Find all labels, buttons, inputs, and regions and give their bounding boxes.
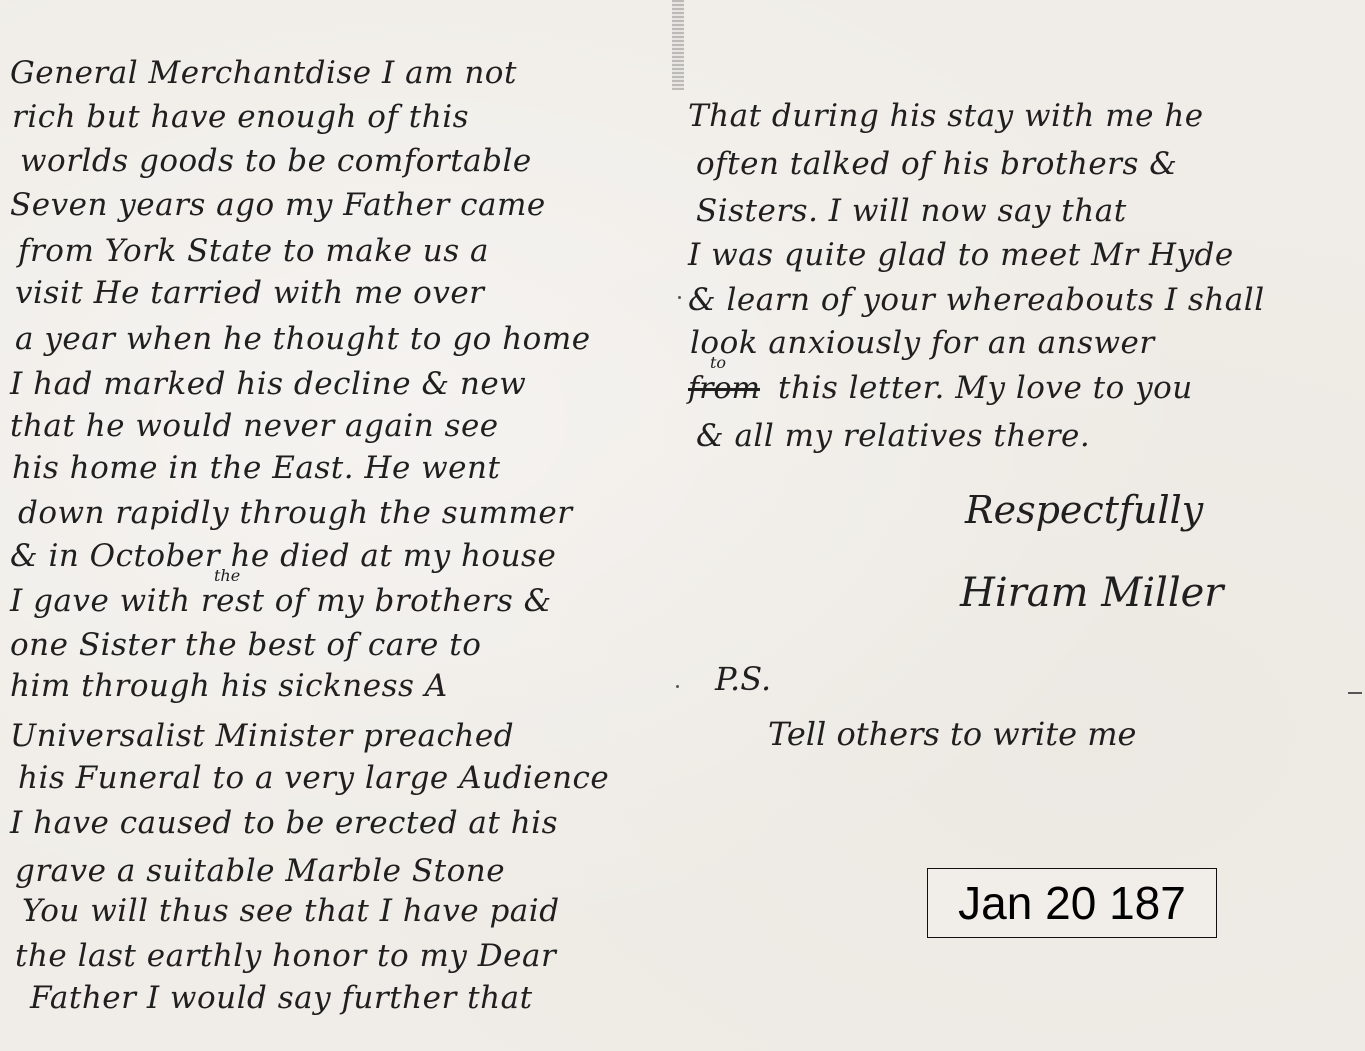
date-label: Jan 20 187 xyxy=(958,880,1186,926)
postscript-label: P.S. xyxy=(715,660,771,698)
letter-line: look anxiously for an answer xyxy=(690,325,1155,361)
letter-line: one Sister the best of care to xyxy=(10,627,481,663)
letter-line: worlds goods to be comfortable xyxy=(20,143,532,179)
ink-speck xyxy=(676,685,679,688)
letter-line: General Merchantdise I am not xyxy=(10,55,517,91)
letter-line: him through his sickness A xyxy=(10,668,448,704)
letter-line: & in October he died at my house xyxy=(10,538,556,574)
letter-line: visit He tarried with me over xyxy=(15,275,485,311)
postscript-text: Tell others to write me xyxy=(768,715,1136,753)
letter-line: You will thus see that I have paid xyxy=(22,893,560,929)
letter-line: this letter. My love to you xyxy=(778,370,1193,406)
struck-out-word: from xyxy=(688,371,760,406)
letter-line: rich but have enough of this xyxy=(12,99,469,135)
signature: Hiram Miller xyxy=(960,570,1223,616)
letter-line: Universalist Minister preached xyxy=(10,718,514,754)
letter-line: down rapidly through the summer xyxy=(18,495,573,531)
insertion-above-line: to xyxy=(710,353,726,372)
closing-salutation: Respectfully xyxy=(965,488,1203,532)
letter-line: & learn of your whereabouts I shall xyxy=(688,282,1265,318)
letter-line: from York State to make us a xyxy=(18,233,489,269)
letter-line: I have caused to be erected at his xyxy=(10,805,558,841)
letter-line: & all my relatives there. xyxy=(696,418,1090,454)
letter-line: his home in the East. He went xyxy=(12,450,500,486)
letter-line: the last earthly honor to my Dear xyxy=(15,938,556,974)
letter-line: his Funeral to a very large Audience xyxy=(18,760,609,796)
letter-line: I gave with rest of my brothers & xyxy=(10,583,552,619)
letter-page: General Merchantdise I am not rich but h… xyxy=(0,0,1365,1051)
letter-line: I had marked his decline & new xyxy=(10,366,526,402)
ink-speck xyxy=(1348,692,1362,694)
letter-line: that he would never again see xyxy=(10,408,499,444)
letter-line: That during his stay with me he xyxy=(688,98,1204,134)
letter-line: Seven years ago my Father came xyxy=(10,187,546,223)
letter-line: I was quite glad to meet Mr Hyde xyxy=(688,237,1234,273)
ink-speck xyxy=(678,296,681,299)
letter-line: Father I would say further that xyxy=(30,980,533,1016)
letter-line: often talked of his brothers & xyxy=(696,146,1177,182)
letter-line: a year when he thought to go home xyxy=(15,321,591,357)
date-label-box: Jan 20 187 xyxy=(927,868,1217,938)
center-fold-mark xyxy=(672,0,684,90)
letter-line: Sisters. I will now say that xyxy=(696,193,1127,229)
letter-line: grave a suitable Marble Stone xyxy=(15,853,505,889)
